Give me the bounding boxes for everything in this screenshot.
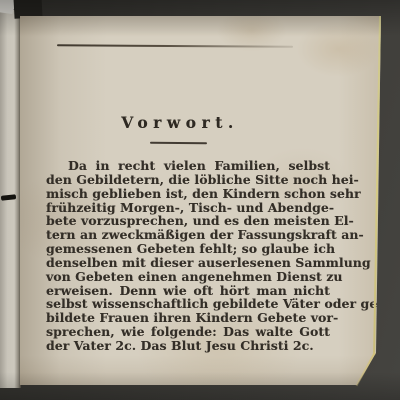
text-line: sprechen, wie folgende: Das walte Gott (46, 325, 330, 339)
text-line: frühzeitig Morgen-, Tisch- und Abendge- (46, 201, 330, 215)
text-line: bildete Frauen ihren Kindern Gebete vor- (46, 311, 330, 325)
book-scan-photo: Vorwort. Da in recht vielen Familien, se… (0, 0, 400, 400)
text-line: gemessenen Gebeten fehlt; so glaube ich (46, 242, 330, 256)
text-line: Da in recht vielen Familien, selbst (46, 159, 330, 173)
text-line: von Gebeten einen angenehmen Dienst zu (46, 270, 330, 284)
heading-underline (150, 142, 207, 144)
preface-heading: Vorwort. (50, 113, 310, 132)
text-line: selbst wissenschaftlich gebildete Väter … (46, 297, 330, 311)
preface-paragraph: Da in recht vielen Familien, selbst den … (46, 159, 330, 353)
text-line: den Gebildetern, die löbliche Sitte noch… (46, 173, 330, 187)
book-page: Vorwort. Da in recht vielen Familien, se… (20, 16, 382, 385)
text-line: denselben mit dieser auserlesenen Sammlu… (46, 256, 330, 270)
text-line: tern an zweckmäßigen der Fassungskraft a… (46, 228, 330, 242)
book-cover-corner (13, 0, 42, 19)
text-line: misch geblieben ist, den Kindern schon s… (46, 187, 330, 201)
text-line: erweisen. Denn wie oft hört man nicht (46, 284, 330, 298)
text-line: bete vorzusprechen, und es den meisten E… (46, 214, 330, 228)
header-rule (57, 44, 293, 48)
text-line: der Vater 2c. Das Blut Jesu Christi 2c. (46, 339, 330, 353)
